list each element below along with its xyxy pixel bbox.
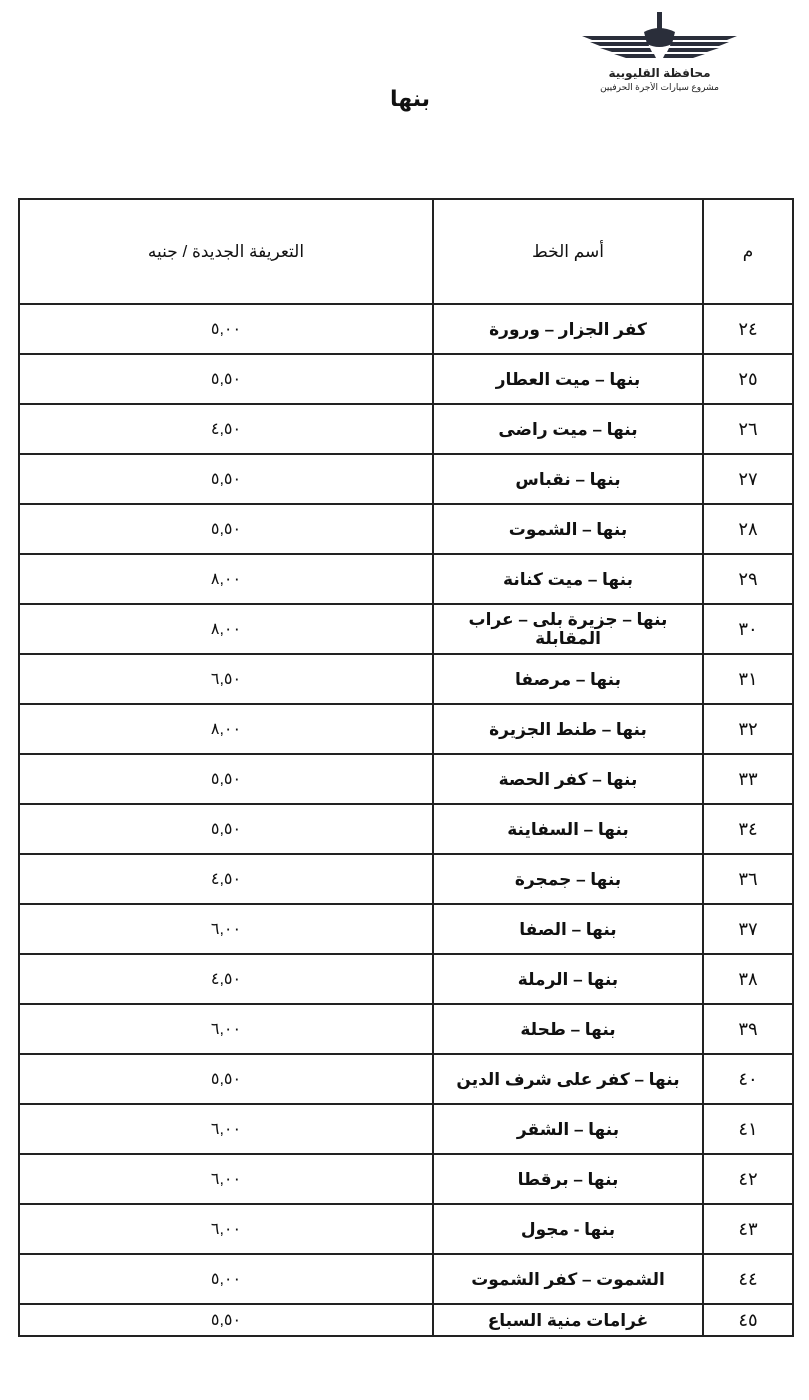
line-name: بنها – الرملة [433, 954, 703, 1004]
line-name: بنها – الشقر [433, 1104, 703, 1154]
line-name: بنها - مجول [433, 1204, 703, 1254]
fare-value: ٥,٥٠ [19, 1304, 433, 1336]
fare-value: ٦,٠٠ [19, 1104, 433, 1154]
table-row: ٣٢بنها – طنط الجزيرة٨,٠٠ [19, 704, 793, 754]
line-name: بنها – السفاينة [433, 804, 703, 854]
line-name: بنها – ميت كنانة [433, 554, 703, 604]
row-number: ٤٤ [703, 1254, 793, 1304]
row-number: ٤٥ [703, 1304, 793, 1336]
fare-value: ٥,٥٠ [19, 804, 433, 854]
fare-value: ٥,٥٠ [19, 1054, 433, 1104]
row-number: ٤١ [703, 1104, 793, 1154]
column-header-line-name: أسم الخط [433, 199, 703, 304]
table-row: ٢٧بنها – نقباس٥,٥٠ [19, 454, 793, 504]
table-row: ٣١بنها – مرصفا٦,٥٠ [19, 654, 793, 704]
line-name: بنها – الصفا [433, 904, 703, 954]
line-name: الشموت – كفر الشموت [433, 1254, 703, 1304]
row-number: ٣١ [703, 654, 793, 704]
line-name: بنها – برقطا [433, 1154, 703, 1204]
row-number: ٣٣ [703, 754, 793, 804]
logo-text-governorate: محافظة القليوبية [572, 66, 747, 80]
fare-value: ٨,٠٠ [19, 604, 433, 654]
table-row: ٣٧بنها – الصفا٦,٠٠ [19, 904, 793, 954]
fare-value: ٦,٥٠ [19, 654, 433, 704]
line-name: بنها – جمجرة [433, 854, 703, 904]
row-number: ٣٤ [703, 804, 793, 854]
line-name: بنها – كفر على شرف الدين [433, 1054, 703, 1104]
fare-value: ٤,٥٠ [19, 954, 433, 1004]
table-row: ٢٨بنها – الشموت٥,٥٠ [19, 504, 793, 554]
row-number: ٢٥ [703, 354, 793, 404]
line-name: بنها – نقباس [433, 454, 703, 504]
line-name: بنها – طنط الجزيرة [433, 704, 703, 754]
row-number: ٢٧ [703, 454, 793, 504]
table-row: ٢٥بنها – ميت العطار٥,٥٠ [19, 354, 793, 404]
fare-value: ٥,٥٠ [19, 504, 433, 554]
row-number: ٤٢ [703, 1154, 793, 1204]
table-row: ٤٢بنها – برقطا٦,٠٠ [19, 1154, 793, 1204]
table-row: ٣٣بنها – كفر الحصة٥,٥٠ [19, 754, 793, 804]
fare-value: ٤,٥٠ [19, 854, 433, 904]
fare-value: ٦,٠٠ [19, 1004, 433, 1054]
table-row: ٤٣بنها - مجول٦,٠٠ [19, 1204, 793, 1254]
table-row: ٢٩بنها – ميت كنانة٨,٠٠ [19, 554, 793, 604]
table-row: ٤٤الشموت – كفر الشموت٥,٠٠ [19, 1254, 793, 1304]
fare-value: ٤,٥٠ [19, 404, 433, 454]
table-row: ٣٨بنها – الرملة٤,٥٠ [19, 954, 793, 1004]
row-number: ٢٦ [703, 404, 793, 454]
table-row: ٣٤بنها – السفاينة٥,٥٠ [19, 804, 793, 854]
row-number: ٤٠ [703, 1054, 793, 1104]
row-number: ٢٩ [703, 554, 793, 604]
fare-value: ٥,٠٠ [19, 304, 433, 354]
table-row: ٤١بنها – الشقر٦,٠٠ [19, 1104, 793, 1154]
winged-emblem-icon [572, 10, 747, 66]
line-name: بنها – مرصفا [433, 654, 703, 704]
row-number: ٣٩ [703, 1004, 793, 1054]
page-title: بنها [360, 86, 460, 112]
table-row: ٤٥غرامات منية السباع٥,٥٠ [19, 1304, 793, 1336]
column-header-number: م [703, 199, 793, 304]
line-name: بنها – كفر الحصة [433, 754, 703, 804]
fare-value: ٥,٥٠ [19, 354, 433, 404]
logo-text-project: مشروع سيارات الأجرة الحرفيين [572, 82, 747, 93]
line-name: كفر الجزار – ورورة [433, 304, 703, 354]
table-row: ٣٩بنها – طحلة٦,٠٠ [19, 1004, 793, 1054]
fare-value: ٥,٥٠ [19, 454, 433, 504]
row-number: ٢٨ [703, 504, 793, 554]
row-number: ٣٨ [703, 954, 793, 1004]
row-number: ٤٣ [703, 1204, 793, 1254]
line-name: بنها – جزيرة بلى – عراب المقابلة [433, 604, 703, 654]
table-row: ٤٠بنها – كفر على شرف الدين٥,٥٠ [19, 1054, 793, 1104]
table-row: ٢٦بنها – ميت راضى٤,٥٠ [19, 404, 793, 454]
row-number: ٣٠ [703, 604, 793, 654]
table-header-row: م أسم الخط التعريفة الجديدة / جنيه [19, 199, 793, 304]
fare-value: ٥,٥٠ [19, 754, 433, 804]
line-name: بنها – الشموت [433, 504, 703, 554]
column-header-fare: التعريفة الجديدة / جنيه [19, 199, 433, 304]
table-row: ٣٠بنها – جزيرة بلى – عراب المقابلة٨,٠٠ [19, 604, 793, 654]
fare-value: ٥,٠٠ [19, 1254, 433, 1304]
row-number: ٣٧ [703, 904, 793, 954]
fare-value: ٦,٠٠ [19, 904, 433, 954]
line-name: بنها – طحلة [433, 1004, 703, 1054]
fare-value: ٦,٠٠ [19, 1154, 433, 1204]
fare-value: ٨,٠٠ [19, 554, 433, 604]
row-number: ٣٢ [703, 704, 793, 754]
row-number: ٢٤ [703, 304, 793, 354]
table-row: ٢٤كفر الجزار – ورورة٥,٠٠ [19, 304, 793, 354]
logo: محافظة القليوبية مشروع سيارات الأجرة الح… [572, 10, 747, 95]
fare-value: ٨,٠٠ [19, 704, 433, 754]
line-name: بنها – ميت راضى [433, 404, 703, 454]
line-name: بنها – ميت العطار [433, 354, 703, 404]
row-number: ٣٦ [703, 854, 793, 904]
fares-table: م أسم الخط التعريفة الجديدة / جنيه ٢٤كفر… [18, 198, 794, 1337]
table-row: ٣٦بنها – جمجرة٤,٥٠ [19, 854, 793, 904]
line-name: غرامات منية السباع [433, 1304, 703, 1336]
fare-value: ٦,٠٠ [19, 1204, 433, 1254]
